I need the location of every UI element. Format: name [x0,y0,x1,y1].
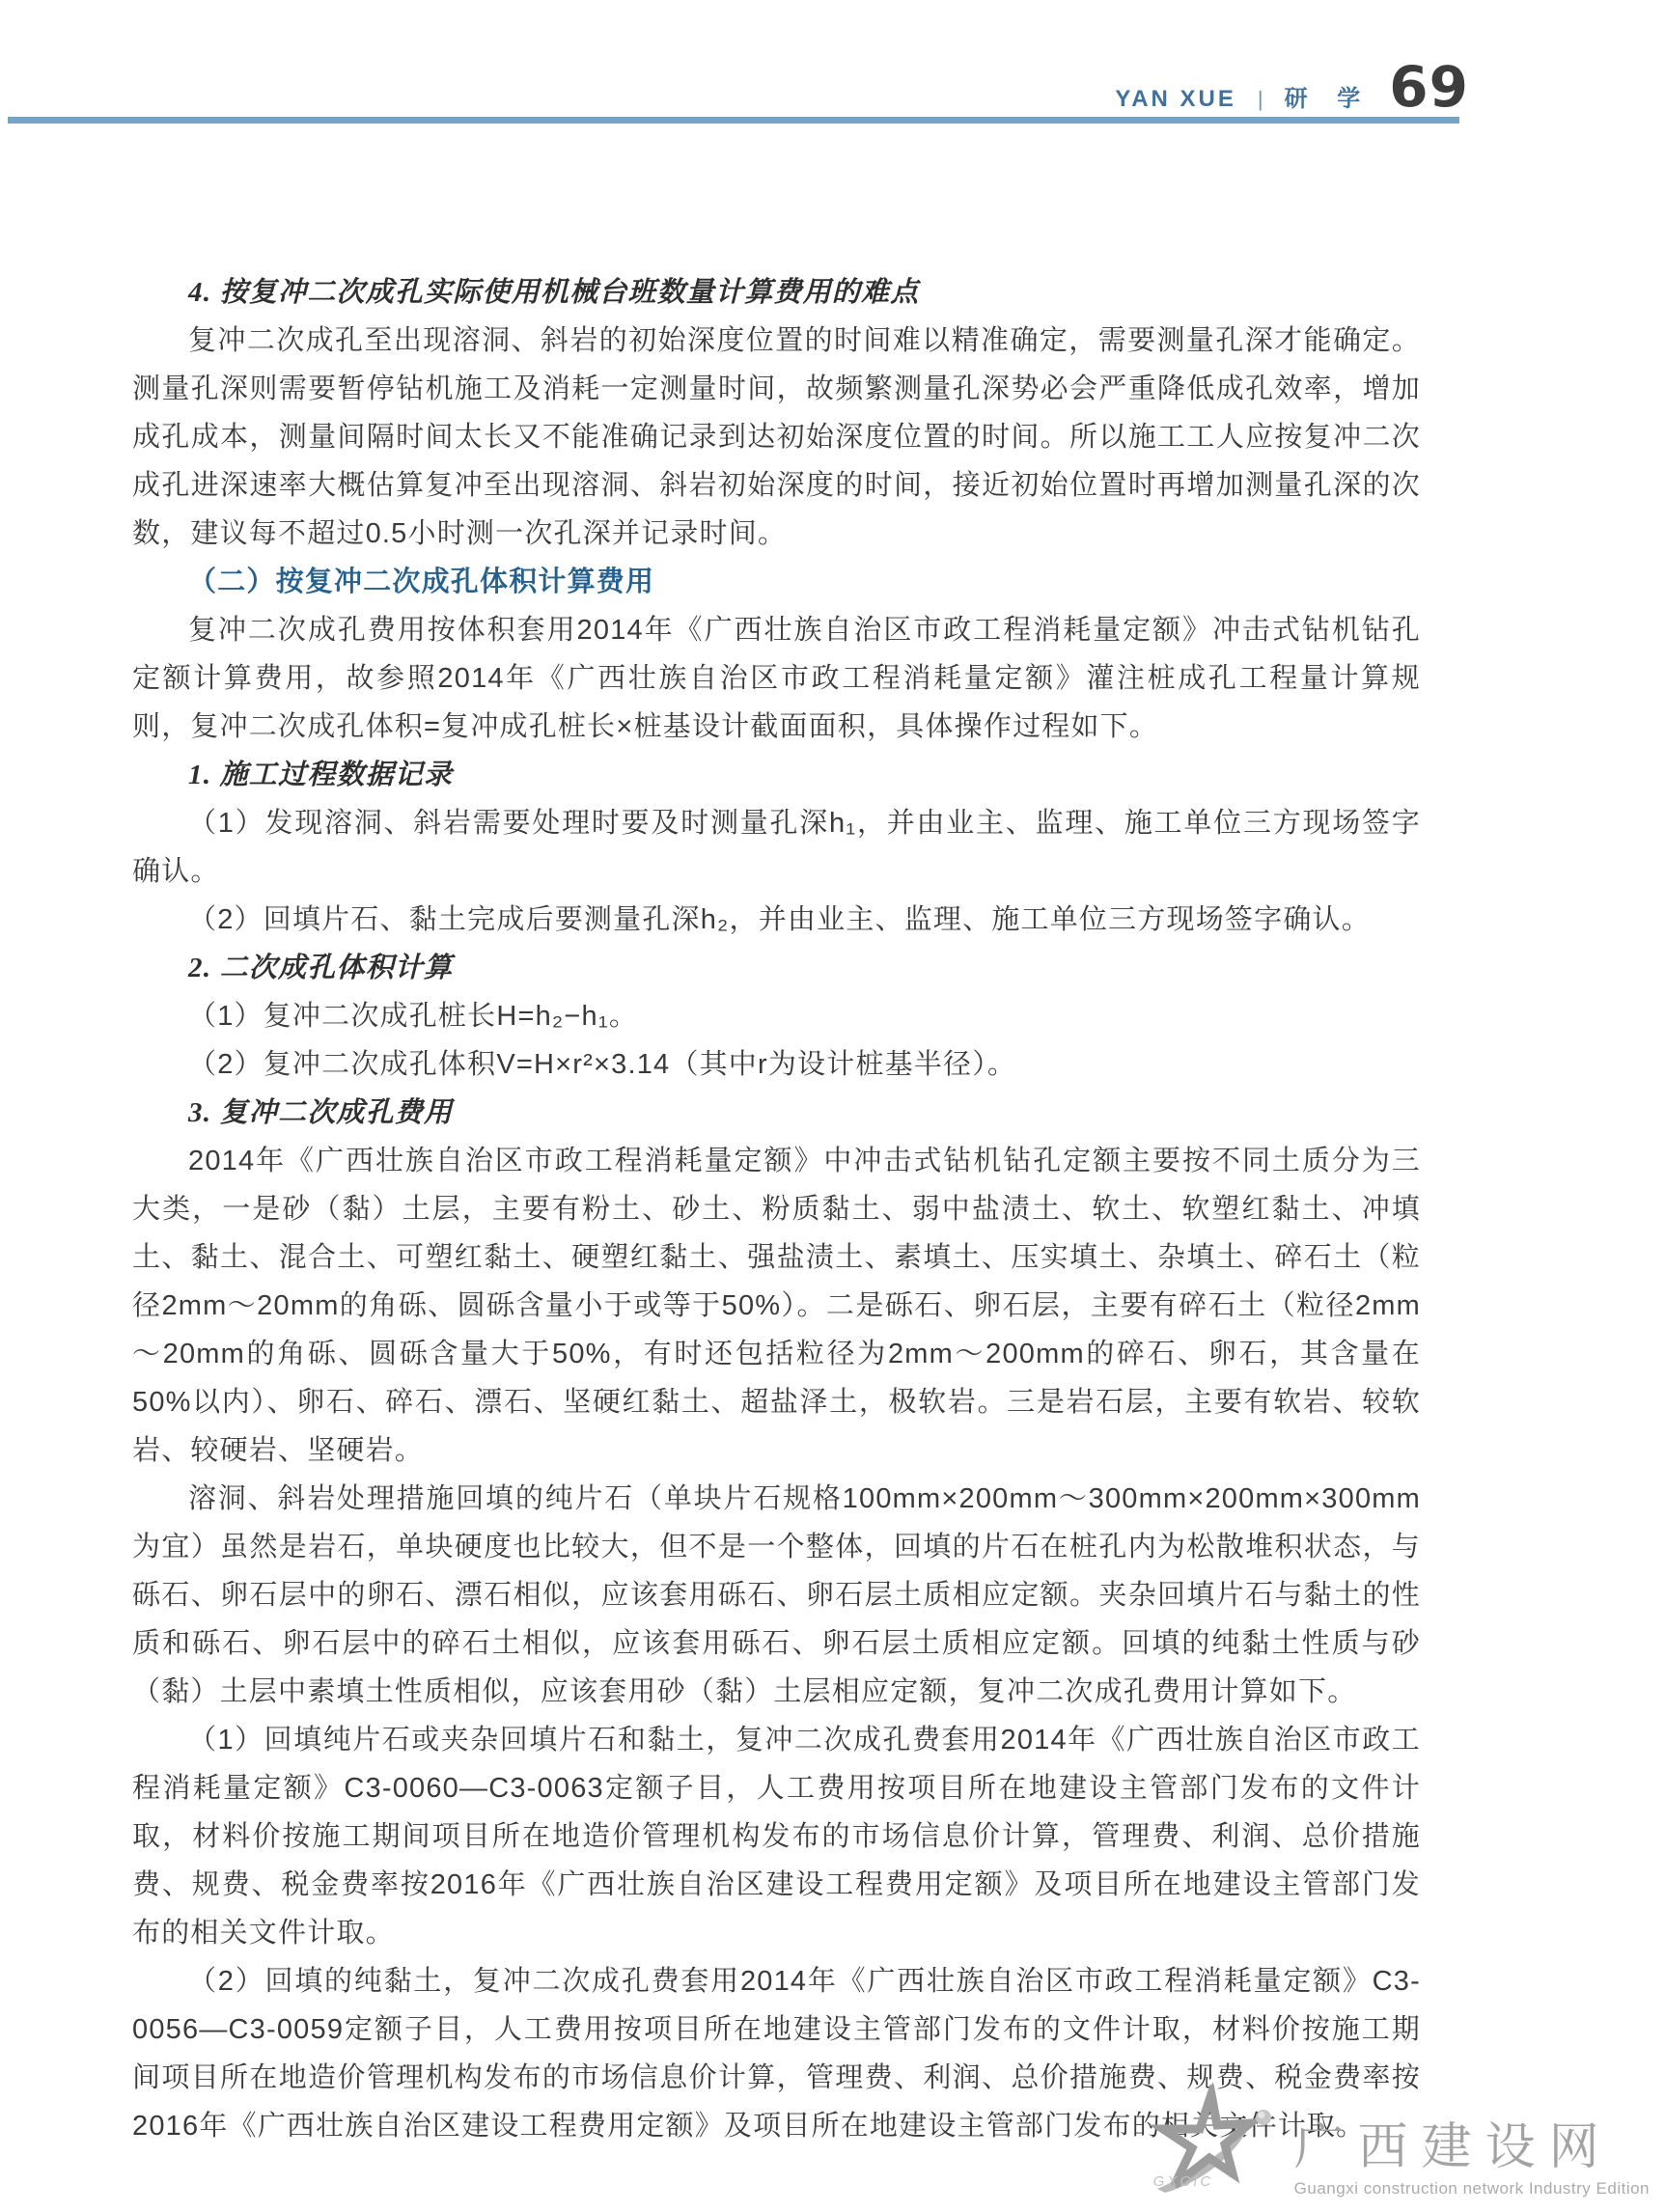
site-name-block: 广西建设网 Guangxi construction network Indus… [1294,2121,1650,2200]
section-heading-volume: （二）按复冲二次成孔体积计算费用 [132,558,1421,606]
gxcic-star-icon: GXCIC [1136,2085,1281,2200]
site-tagline: Guangxi construction network Industry Ed… [1294,2179,1650,2198]
paragraph-difficulty: 复冲二次成孔至出现溶洞、斜岩的初始深度位置的时间难以精准确定，需要测量孔深才能确… [132,317,1421,558]
list-item-record-1: （1）发现溶洞、斜岩需要处理时要及时测量孔深h₁，并由业主、监理、施工单位三方现… [132,799,1421,896]
logo-abbr: GXCIC [1153,2173,1214,2190]
article-body: 4. 按复冲二次成孔实际使用机械台班数量计算费用的难点 复冲二次成孔至出现溶洞、… [132,268,1421,2150]
journal-name-en: YAN XUE [1115,86,1235,113]
site-name: 广西建设网 [1294,2121,1650,2175]
list-item-cost-1: （1）回填纯片石或夹杂回填片石和黏土，复冲二次成孔费套用2014年《广西壮族自治… [132,1716,1421,1957]
section-heading-3: 3. 复冲二次成孔费用 [132,1089,1421,1137]
list-item-formula-2: （2）复冲二次成孔体积V=H×r²×3.14（其中r为设计桩基半径）。 [132,1040,1421,1089]
header-divider: | [1258,87,1263,112]
footer-logo: GXCIC 广西建设网 Guangxi construction network… [1136,2085,1650,2200]
page-number: 69 [1389,54,1469,120]
list-item-formula-1: （1）复冲二次成孔桩长H=h₂−h₁。 [132,992,1421,1040]
section-heading-1: 1. 施工过程数据记录 [132,751,1421,799]
section-heading-4: 4. 按复冲二次成孔实际使用机械台班数量计算费用的难点 [132,268,1421,317]
paragraph-volume-intro: 复冲二次成孔费用按体积套用2014年《广西壮族自治区市政工程消耗量定额》冲击式钻… [132,606,1421,751]
section-heading-2: 2. 二次成孔体积计算 [132,944,1421,992]
paragraph-backfill: 溶洞、斜岩处理措施回填的纯片石（单块片石规格100mm×200mm～300mm×… [132,1475,1421,1716]
header-rule [8,117,1459,124]
paragraph-soil-types: 2014年《广西壮族自治区市政工程消耗量定额》中冲击式钻机钻孔定额主要按不同土质… [132,1137,1421,1475]
journal-name-cn: 研 学 [1285,79,1373,113]
page-header: YAN XUE | 研 学 69 [1115,54,1469,120]
list-item-record-2: （2）回填片石、黏土完成后要测量孔深h₂，并由业主、监理、施工单位三方现场签字确… [132,896,1421,944]
